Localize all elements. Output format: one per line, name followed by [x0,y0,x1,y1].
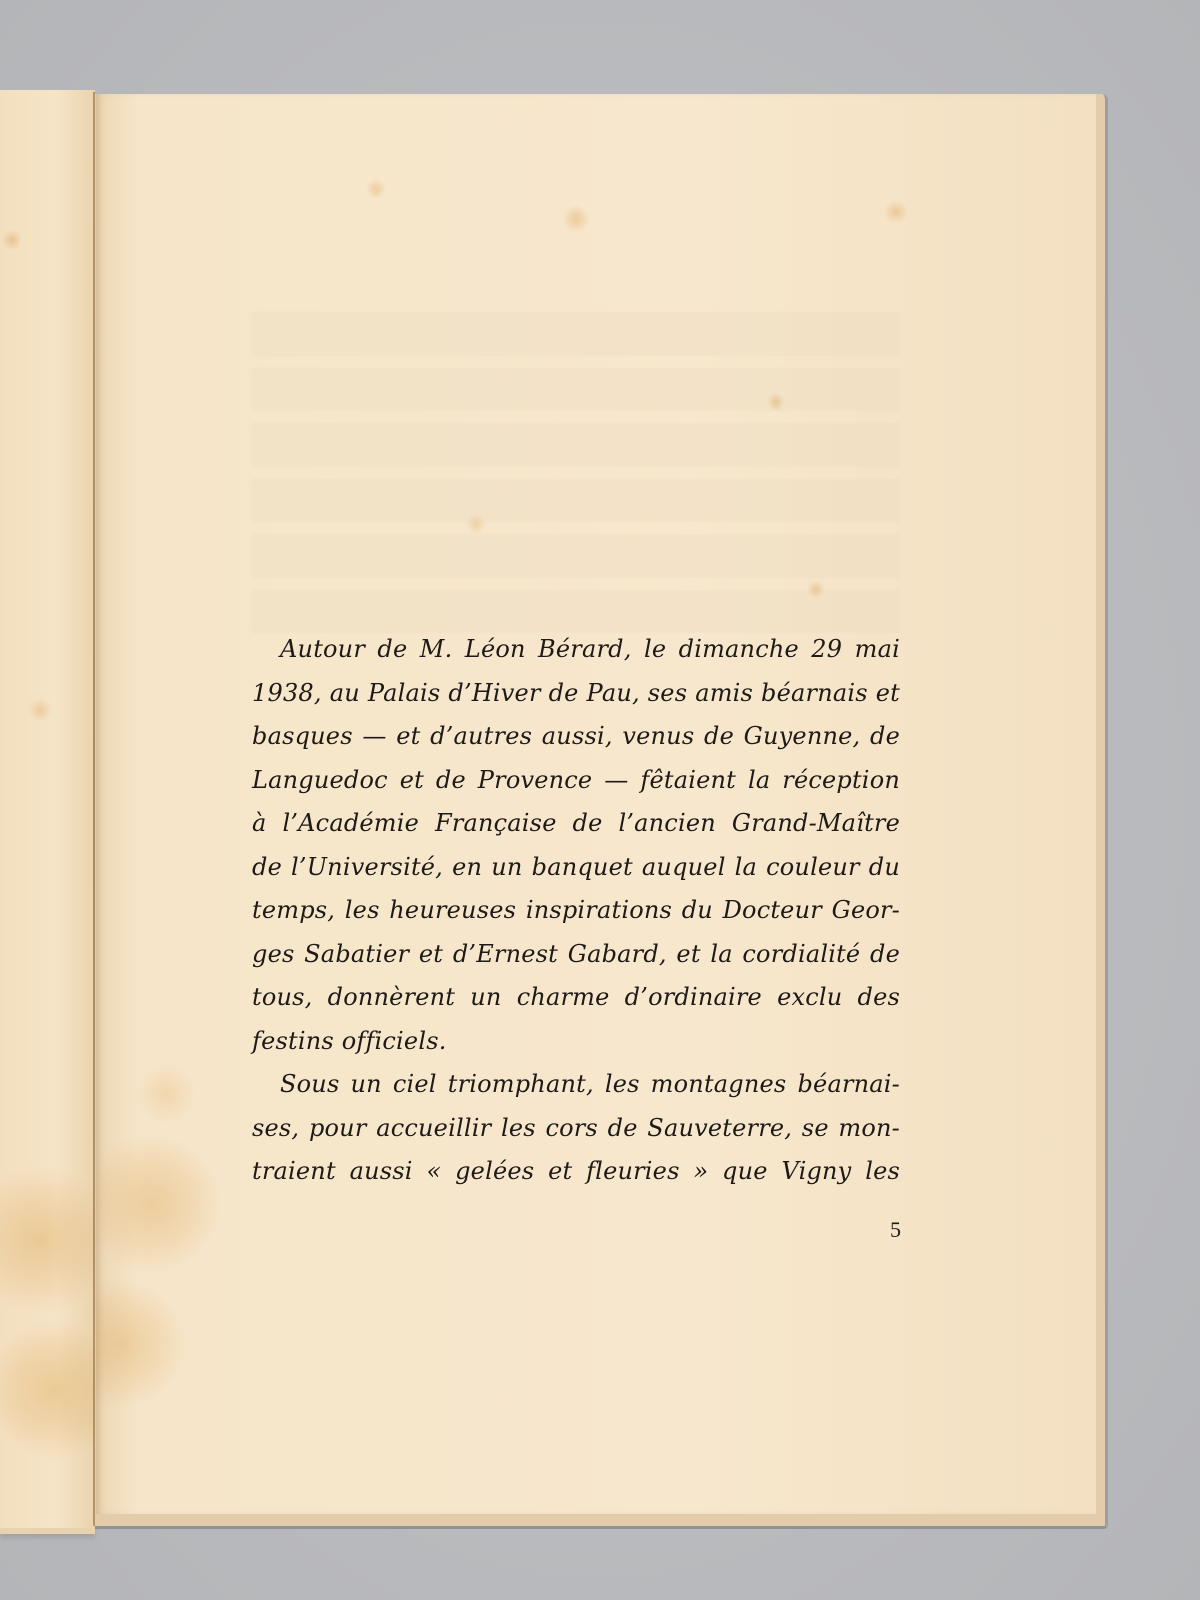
text-line: 1938, au Palais d’Hiver de Pau, ses amis… [252,672,900,716]
text-line: festins officiels. [252,1020,900,1064]
show-through-text [252,300,900,645]
left-page [0,90,95,1534]
text-line: temps, les heureuses inspirations du Doc… [252,889,900,933]
text-line: tous, donnèrent un charme d’ordinaire ex… [252,976,900,1020]
text-line: à l’Académie Française de l’ancien Grand… [252,802,900,846]
text-line: Autour de M. Léon Bérard, le dimanche 29… [252,628,900,672]
text-line: traient aussi « gelées et fleuries » que… [252,1150,900,1194]
page-number: 5 [890,1217,901,1243]
text-line: Sous un ciel triomphant, les montagnes b… [252,1063,900,1107]
text-line: ses, pour accueillir les cors de Sauvete… [252,1107,900,1151]
paragraph-2: Sous un ciel triomphant, les montagnes b… [252,1063,900,1194]
paragraph-1: Autour de M. Léon Bérard, le dimanche 29… [252,628,900,1063]
text-line: Languedoc et de Provence — fêtaient la r… [252,759,900,803]
book-gutter [93,92,95,1526]
body-text: Autour de M. Léon Bérard, le dimanche 29… [252,628,900,1194]
text-line: basques — et d’autres aussi, venus de Gu… [252,715,900,759]
text-line: de l’Université, en un banquet auquel la… [252,846,900,890]
text-line: ges Sabatier et d’Ernest Gabard, et la c… [252,933,900,977]
